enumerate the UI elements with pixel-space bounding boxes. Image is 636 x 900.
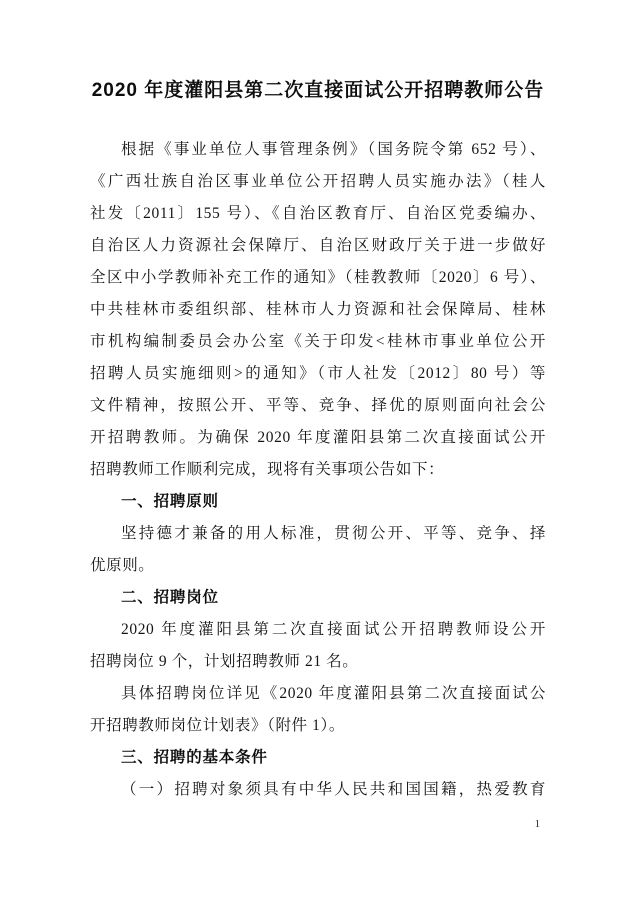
text-line: 2020 年度灌阳县第二次直接面试公开招聘教师设公开 — [90, 614, 546, 646]
text-line: 中共桂林市委组织部、桂林市人力资源和社会保障局、桂林 — [90, 294, 546, 326]
text-line: 文件精神，按照公开、平等、竞争、择优的原则面向社会公 — [90, 390, 546, 422]
paragraph: 坚持德才兼备的用人标准，贯彻公开、平等、竞争、择优原则。 — [90, 518, 546, 582]
text-line: 具体招聘岗位详见《2020 年度灌阳县第二次直接面试公 — [90, 678, 546, 710]
document-title: 2020 年度灌阳县第二次直接面试公开招聘教师公告 — [0, 77, 636, 105]
text-line: 招聘岗位 9 个，计划招聘教师 21 名。 — [90, 646, 546, 678]
text-line: 自治区人力资源社会保障厅、自治区财政厅关于进一步做好 — [90, 230, 546, 262]
page-number: 1 — [535, 818, 540, 832]
paragraph: 根据《事业单位人事管理条例》（国务院令第 652 号）、《广西壮族自治区事业单位… — [90, 134, 546, 486]
section-heading: 一、招聘原则 — [90, 486, 546, 518]
document-body: 根据《事业单位人事管理条例》（国务院令第 652 号）、《广西壮族自治区事业单位… — [90, 134, 546, 806]
text-line: 开招聘教师。为确保 2020 年度灌阳县第二次直接面试公开 — [90, 422, 546, 454]
text-line: 《广西壮族自治区事业单位公开招聘人员实施办法》（桂人 — [90, 166, 546, 198]
paragraph: （一）招聘对象须具有中华人民共和国国籍，热爱教育 — [90, 774, 546, 806]
text-line: 坚持德才兼备的用人标准，贯彻公开、平等、竞争、择 — [90, 518, 546, 550]
text-line: 根据《事业单位人事管理条例》（国务院令第 652 号）、 — [90, 134, 546, 166]
section-heading: 二、招聘岗位 — [90, 582, 546, 614]
text-line: 市机构编制委员会办公室《关于印发<桂林市事业单位公开 — [90, 326, 546, 358]
paragraph: 具体招聘岗位详见《2020 年度灌阳县第二次直接面试公开招聘教师岗位计划表》（附… — [90, 678, 546, 742]
text-line: 招聘人员实施细则>的通知》（市人社发〔2012〕80 号）等 — [90, 358, 546, 390]
paragraph: 2020 年度灌阳县第二次直接面试公开招聘教师设公开招聘岗位 9 个，计划招聘教… — [90, 614, 546, 678]
document-page: 2020 年度灌阳县第二次直接面试公开招聘教师公告 根据《事业单位人事管理条例》… — [0, 0, 636, 900]
text-line: 开招聘教师岗位计划表》（附件 1）。 — [90, 710, 546, 742]
text-line: 招聘教师工作顺利完成，现将有关事项公告如下： — [90, 454, 546, 486]
text-line: 全区中小学教师补充工作的通知》（桂教教师〔2020〕6 号）、 — [90, 262, 546, 294]
text-line: 社发〔2011〕155 号）、《自治区教育厅、自治区党委编办、 — [90, 198, 546, 230]
section-heading: 三、招聘的基本条件 — [90, 742, 546, 774]
text-line: 优原则。 — [90, 550, 546, 582]
text-line: （一）招聘对象须具有中华人民共和国国籍，热爱教育 — [90, 774, 546, 806]
